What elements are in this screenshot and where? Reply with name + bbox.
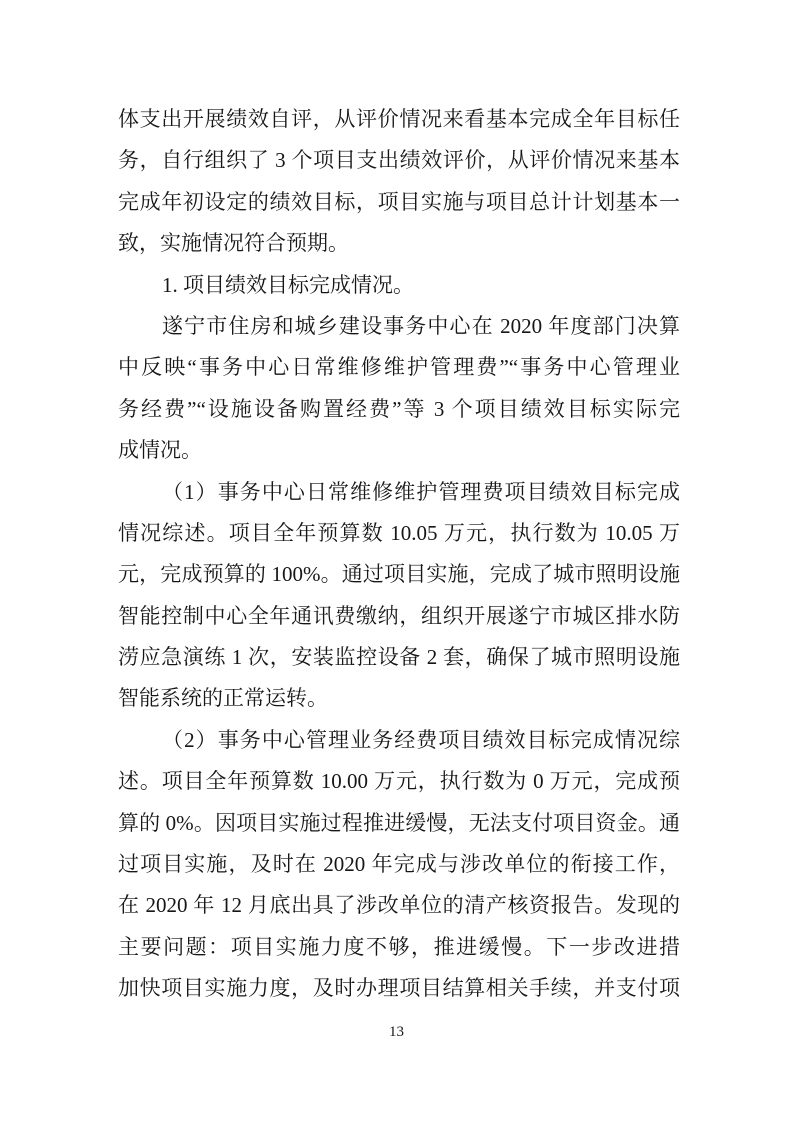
text-line: 主要问题：项目实施力度不够，推进缓慢。下一步改进措施： xyxy=(118,927,680,968)
text-line: （1）事务中心日常维修维护管理费项目绩效目标完成 xyxy=(118,472,680,513)
text-line: 遂宁市住房和城乡建设事务中心在 2020 年度部门决算 xyxy=(118,306,680,347)
paragraph: （2）事务中心管理业务经费项目绩效目标完成情况综述。项目全年预算数 10.00 … xyxy=(118,720,680,1010)
text-line: 务经费”“设施设备购置经费”等 3 个项目绩效目标实际完 xyxy=(118,389,680,430)
document-body: 体支出开展绩效自评，从评价情况来看基本完成全年目标任务，自行组织了 3 个项目支… xyxy=(118,99,680,1010)
text-line: 述。项目全年预算数 10.00 万元，执行数为 0 万元，完成预 xyxy=(118,761,680,802)
text-line: 加快项目实施力度，及时办理项目结算相关手续，并支付项 xyxy=(118,968,680,1009)
text-line: 致，实施情况符合预期。 xyxy=(118,223,680,264)
paragraph: 体支出开展绩效自评，从评价情况来看基本完成全年目标任务，自行组织了 3 个项目支… xyxy=(118,99,680,265)
text-line: 完成年初设定的绩效目标，项目实施与项目总计计划基本一 xyxy=(118,182,680,223)
text-line: 元，完成预算的 100%。通过项目实施，完成了城市照明设施 xyxy=(118,554,680,595)
text-line: 智能控制中心全年通讯费缴纳，组织开展遂宁市城区排水防 xyxy=(118,596,680,637)
page-number: 13 xyxy=(0,1024,793,1041)
text-line: 务，自行组织了 3 个项目支出绩效评价，从评价情况来基本 xyxy=(118,140,680,181)
text-line: 成情况。 xyxy=(118,430,680,471)
text-line: 涝应急演练 1 次，安装监控设备 2 套，确保了城市照明设施 xyxy=(118,637,680,678)
text-line: 智能系统的正常运转。 xyxy=(118,678,680,719)
paragraph: （1）事务中心日常维修维护管理费项目绩效目标完成情况综述。项目全年预算数 10.… xyxy=(118,472,680,720)
text-line: 过项目实施，及时在 2020 年完成与涉改单位的衔接工作， xyxy=(118,844,680,885)
text-line: 在 2020 年 12 月底出具了涉改单位的清产核资报告。发现的 xyxy=(118,885,680,926)
document-page: 体支出开展绩效自评，从评价情况来看基本完成全年目标任务，自行组织了 3 个项目支… xyxy=(0,0,793,1122)
paragraph: 遂宁市住房和城乡建设事务中心在 2020 年度部门决算中反映“事务中心日常维修维… xyxy=(118,306,680,472)
text-line: 情况综述。项目全年预算数 10.05 万元，执行数为 10.05 万 xyxy=(118,513,680,554)
paragraph: 1. 项目绩效目标完成情况。 xyxy=(118,265,680,306)
text-line: 体支出开展绩效自评，从评价情况来看基本完成全年目标任 xyxy=(118,99,680,140)
text-line: 中反映“事务中心日常维修维护管理费”“事务中心管理业 xyxy=(118,347,680,388)
text-line: （2）事务中心管理业务经费项目绩效目标完成情况综 xyxy=(118,720,680,761)
text-line: 1. 项目绩效目标完成情况。 xyxy=(118,265,680,306)
text-line: 算的 0%。因项目实施过程推进缓慢，无法支付项目资金。通 xyxy=(118,803,680,844)
